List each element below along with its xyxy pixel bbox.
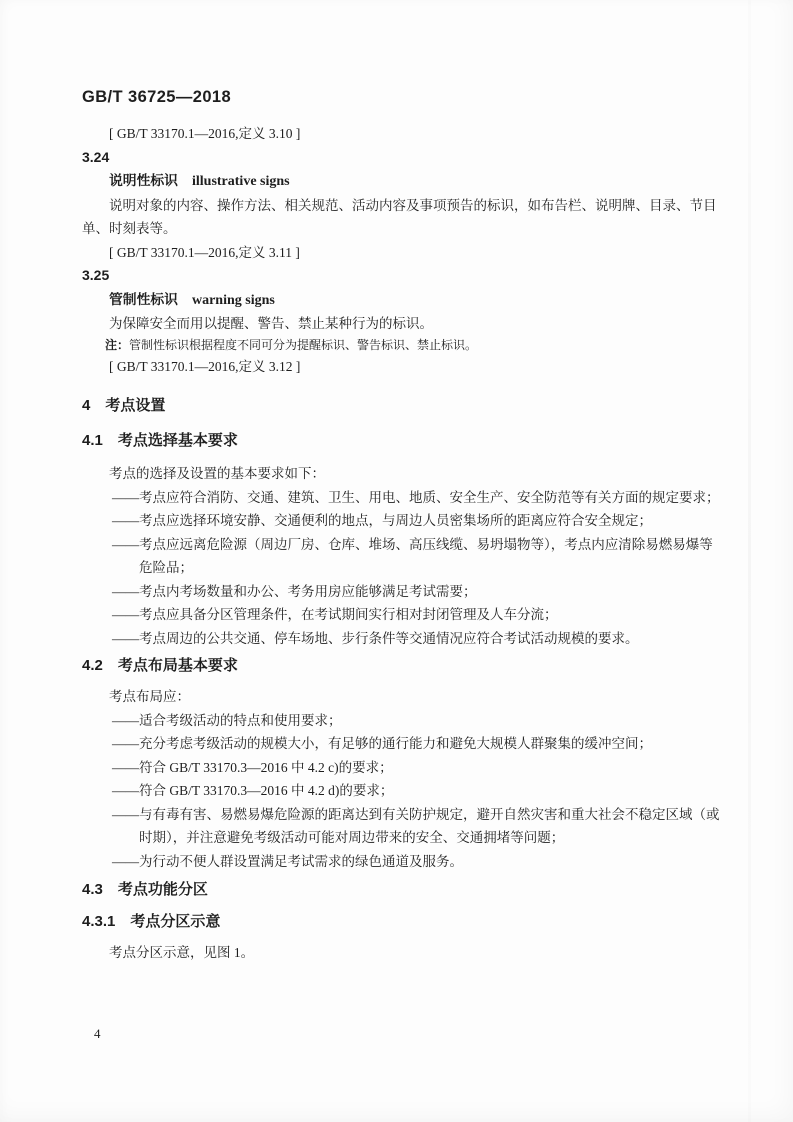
term-en-3-24: illustrative signs: [192, 174, 290, 189]
clause-number-3-25: 3.25: [82, 264, 722, 288]
section-title-4-2: 考点布局基本要求: [118, 657, 238, 674]
section-number-4-1: 4.1: [82, 432, 103, 449]
list-item: ——考点应远离危险源（周边厂房、仓库、堆场、高压线缆、易坍塌物等），考点内应清除…: [82, 533, 722, 580]
page-number: 4: [94, 1026, 101, 1042]
list-item: ——符合 GB/T 33170.3—2016 中 4.2 d)的要求；: [82, 779, 722, 803]
list-item: ——考点内考场数量和办公、考务用房应能够满足考试需要；: [82, 580, 722, 604]
list-item: ——考点应选择环境安静、交通便利的地点，与周边人员密集场所的距离应符合安全规定；: [82, 509, 722, 533]
term-zh-3-24: 说明性标识: [109, 173, 178, 188]
section-number-4-3: 4.3: [82, 881, 103, 898]
intro-4-1: 考点的选择及设置的基本要求如下：: [82, 462, 722, 486]
list-item: ——适合考级活动的特点和使用要求；: [82, 709, 722, 733]
section-title-4: 考点设置: [105, 397, 165, 414]
section-title-4-3-1: 考点分区示意: [130, 913, 220, 930]
section-heading-4-3-1: 4.3.1考点分区示意: [82, 911, 722, 933]
intro-4-2: 考点布局应：: [82, 685, 722, 709]
document-page: GB/T 36725—2018 [ GB/T 33170.1—2016,定义 3…: [0, 0, 793, 1122]
section-title-4-3: 考点功能分区: [118, 881, 208, 898]
requirement-list-4-1: ——考点应符合消防、交通、建筑、卫生、用电、地质、安全生产、安全防范等有关方面的…: [82, 486, 722, 651]
section-heading-4: 4考点设置: [82, 395, 722, 417]
term-source-ref-3-10: [ GB/T 33170.1—2016,定义 3.10 ]: [82, 122, 722, 146]
definition-3-25: 为保障安全而用以提醒、警告、禁止某种行为的标识。: [82, 312, 722, 336]
section-title-4-1: 考点选择基本要求: [118, 432, 238, 449]
section-heading-4-2: 4.2考点布局基本要求: [82, 655, 722, 677]
note-3-25: 注：管制性标识根据程度不同可分为提醒标识、警告标识、禁止标识。: [105, 336, 722, 355]
list-item: ——符合 GB/T 33170.3—2016 中 4.2 c)的要求；: [82, 756, 722, 780]
list-item: ——考点应具备分区管理条件，在考试期间实行相对封闭管理及人车分流；: [82, 603, 722, 627]
term-line-3-24: 说明性标识illustrative signs: [82, 169, 722, 194]
body-4-3-1: 考点分区示意，见图 1。: [82, 941, 722, 965]
section-heading-4-1: 4.1考点选择基本要求: [82, 430, 722, 452]
list-item: ——充分考虑考级活动的规模大小，有足够的通行能力和避免大规模人群聚集的缓冲空间；: [82, 732, 722, 756]
term-source-ref-3-12: [ GB/T 33170.1—2016,定义 3.12 ]: [82, 355, 722, 379]
list-item: ——考点应符合消防、交通、建筑、卫生、用电、地质、安全生产、安全防范等有关方面的…: [82, 486, 722, 510]
section-number-4-2: 4.2: [82, 657, 103, 674]
list-item: ——与有毒有害、易燃易爆危险源的距离达到有关防护规定，避开自然灾害和重大社会不稳…: [82, 803, 722, 850]
note-label: 注：: [105, 338, 129, 352]
term-source-ref-3-11: [ GB/T 33170.1—2016,定义 3.11 ]: [82, 241, 722, 265]
term-zh-3-25: 管制性标识: [109, 292, 178, 307]
list-item: ——为行动不便人群设置满足考试需求的绿色通道及服务。: [82, 850, 722, 874]
section-number-4-3-1: 4.3.1: [82, 913, 115, 930]
clause-number-3-24: 3.24: [82, 146, 722, 170]
term-en-3-25: warning signs: [192, 293, 275, 308]
scan-artifact: [748, 0, 751, 1122]
definition-3-24: 说明对象的内容、操作方法、相关规范、活动内容及事项预告的标识，如布告栏、说明牌、…: [82, 194, 722, 241]
requirement-list-4-2: ——适合考级活动的特点和使用要求； ——充分考虑考级活动的规模大小，有足够的通行…: [82, 709, 722, 874]
section-heading-4-3: 4.3考点功能分区: [82, 879, 722, 901]
section-number-4: 4: [82, 397, 90, 414]
list-item: ——考点周边的公共交通、停车场地、步行条件等交通情况应符合考试活动规模的要求。: [82, 627, 722, 651]
note-text: 管制性标识根据程度不同可分为提醒标识、警告标识、禁止标识。: [129, 338, 477, 352]
doc-code-header: GB/T 36725—2018: [82, 88, 722, 106]
term-line-3-25: 管制性标识warning signs: [82, 288, 722, 313]
